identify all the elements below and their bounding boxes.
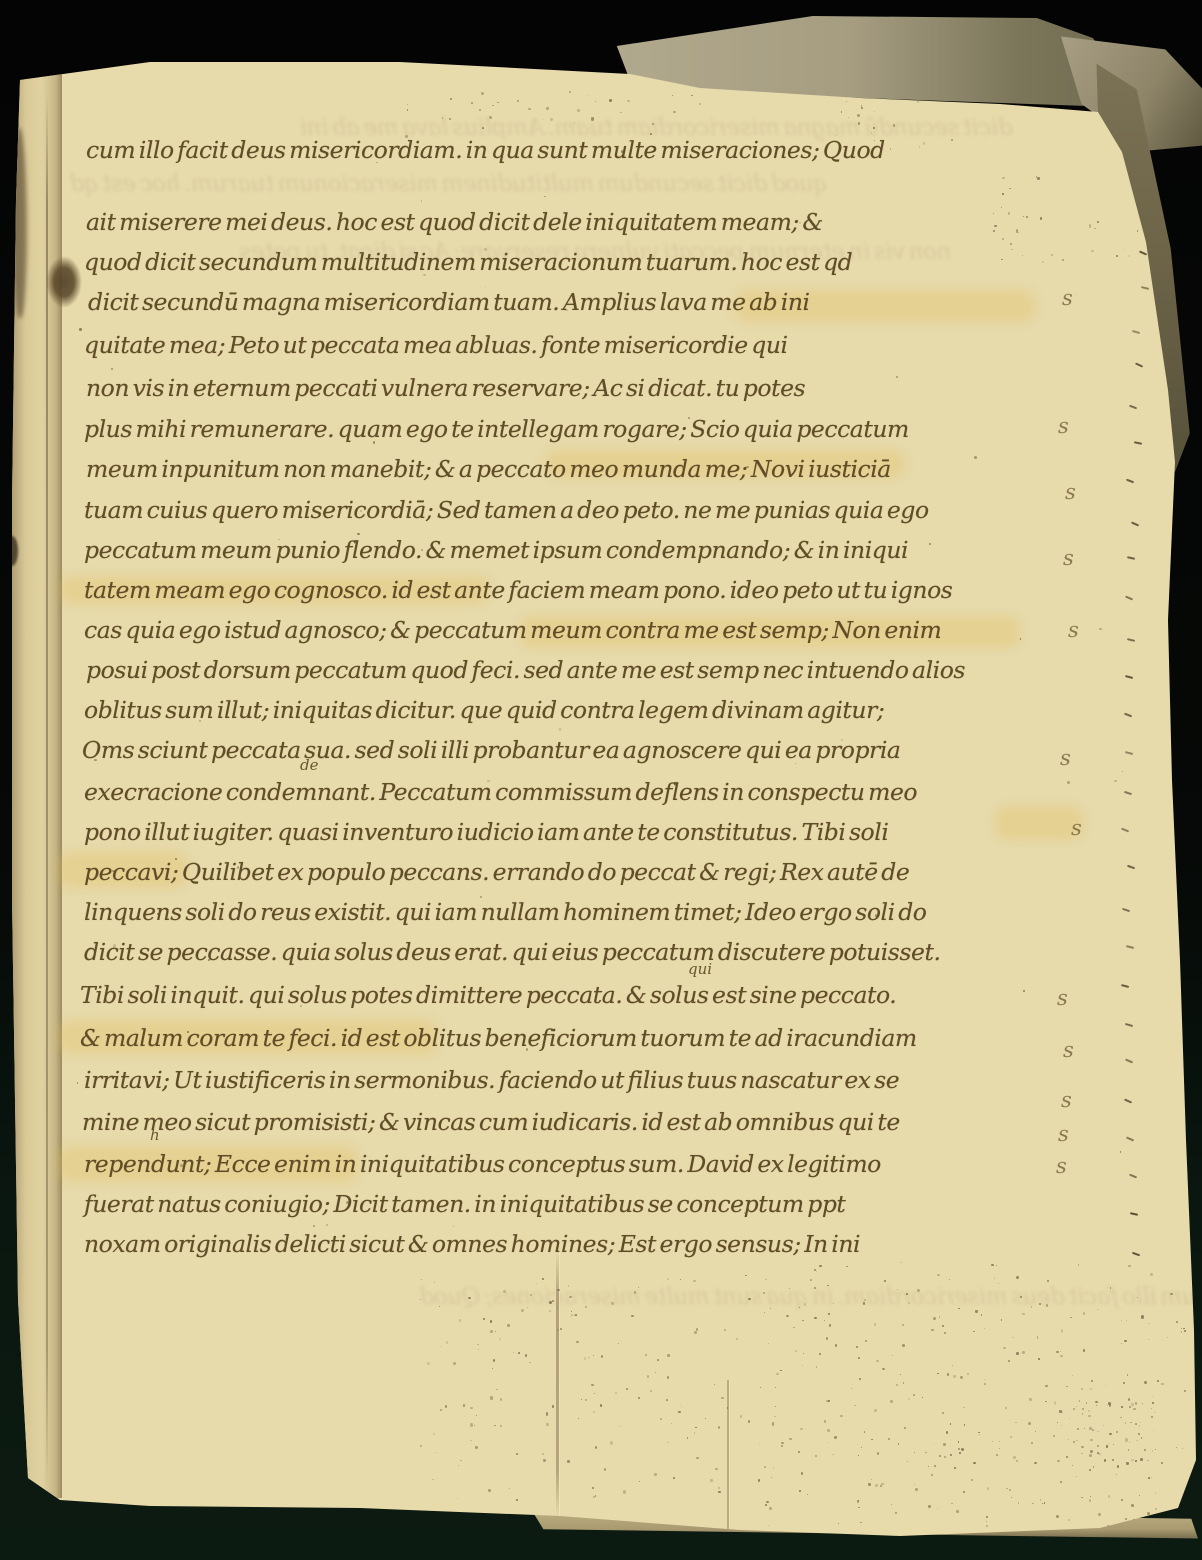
manuscript-line: non vis in eternum peccati vulnera reser…	[86, 376, 805, 402]
manuscript-line: dicit se peccasse. quia solus deus erat.…	[84, 940, 940, 966]
ink-blot	[46, 256, 82, 308]
manuscript-line: execracione condemnant. Peccatum commiss…	[84, 780, 917, 806]
margin-mark: s	[1065, 482, 1076, 503]
manuscript-line: tatem meam ego cognosco. id est ante fac…	[84, 578, 952, 604]
margin-mark: s	[1057, 988, 1068, 1009]
manuscript-line: irritavi; Ut iustificeris in sermonibus.…	[84, 1068, 899, 1094]
interlinear-gloss: de	[300, 758, 318, 773]
margin-mark: s	[1071, 818, 1082, 839]
manuscript-photo: quod dicit secundum multitudinem miserac…	[0, 0, 1202, 1560]
margin-mark: s	[1068, 620, 1079, 641]
manuscript-line: ait miserere mei deus. hoc est quod dici…	[86, 210, 823, 236]
manuscript-line: tuam cuius quero misericordiā; Sed tamen…	[84, 498, 929, 524]
manuscript-line: rependunt; Ecce enim in iniquitatibus co…	[84, 1152, 881, 1178]
manuscript-line: fuerat natus coniugio; Dicit tamen. in i…	[84, 1192, 845, 1218]
margin-mark: s	[1058, 1124, 1069, 1145]
show-through-line: quod dicit secundum multitudinem miserac…	[70, 172, 828, 197]
manuscript-line: quod dicit secundum multitudinem miserac…	[84, 250, 852, 276]
manuscript-line: pono illut iugiter. quasi inventuro iudi…	[84, 820, 888, 846]
manuscript-line: meum inpunitum non manebit; & a peccato …	[86, 457, 891, 483]
gutter-seam	[46, 95, 48, 1485]
page-crease	[727, 1380, 729, 1530]
manuscript-line: mine meo sicut promisisti; & vincas cum …	[82, 1110, 900, 1136]
manuscript-line: Tibi soli inquit. qui solus potes dimitt…	[80, 983, 896, 1009]
manuscript-line: oblitus sum illut; iniquitas dicitur. qu…	[84, 698, 884, 724]
manuscript-line: linquens soli do reus existit. qui iam n…	[84, 900, 927, 926]
manuscript-line: peccatum meum punio flendo. & memet ipsu…	[84, 538, 908, 564]
manuscript-line: dicit secundū magna misericordiam tuam. …	[88, 290, 810, 316]
manuscript-line: Oms sciunt peccata sua. sed soli illi pr…	[82, 738, 900, 764]
parchment-page: quod dicit secundum multitudinem miserac…	[0, 0, 1202, 1560]
margin-mark: s	[1060, 748, 1071, 769]
margin-mark: s	[1061, 1090, 1072, 1111]
interlinear-gloss: h	[150, 1128, 160, 1143]
margin-mark: s	[1058, 416, 1069, 437]
manuscript-line: peccavi; Quilibet ex populo peccans. err…	[84, 860, 909, 886]
parchment-stain	[995, 806, 1083, 840]
manuscript-line: posui post dorsum peccatum quod feci. se…	[86, 658, 965, 684]
manuscript-line: plus mihi remunerare. quam ego te intell…	[84, 417, 909, 443]
margin-mark: s	[1062, 288, 1073, 309]
margin-mark: s	[1063, 1040, 1074, 1061]
manuscript-line: & malum coram te feci. id est oblitus be…	[80, 1026, 917, 1052]
manuscript-line: cum illo facit deus misericordiam. in qu…	[86, 138, 885, 164]
manuscript-line: quitate mea; Peto ut peccata mea abluas.…	[84, 333, 788, 359]
margin-mark: s	[1056, 1156, 1067, 1177]
margin-mark: s	[1063, 548, 1074, 569]
manuscript-line: cas quia ego istud agnosco; & peccatum m…	[84, 618, 941, 644]
manuscript-line: noxam originalis delicti sicut & omnes h…	[84, 1232, 860, 1258]
show-through-line: cum illo facit deus misericordiam. in qu…	[420, 1285, 1202, 1310]
interlinear-gloss: qui	[688, 962, 712, 977]
